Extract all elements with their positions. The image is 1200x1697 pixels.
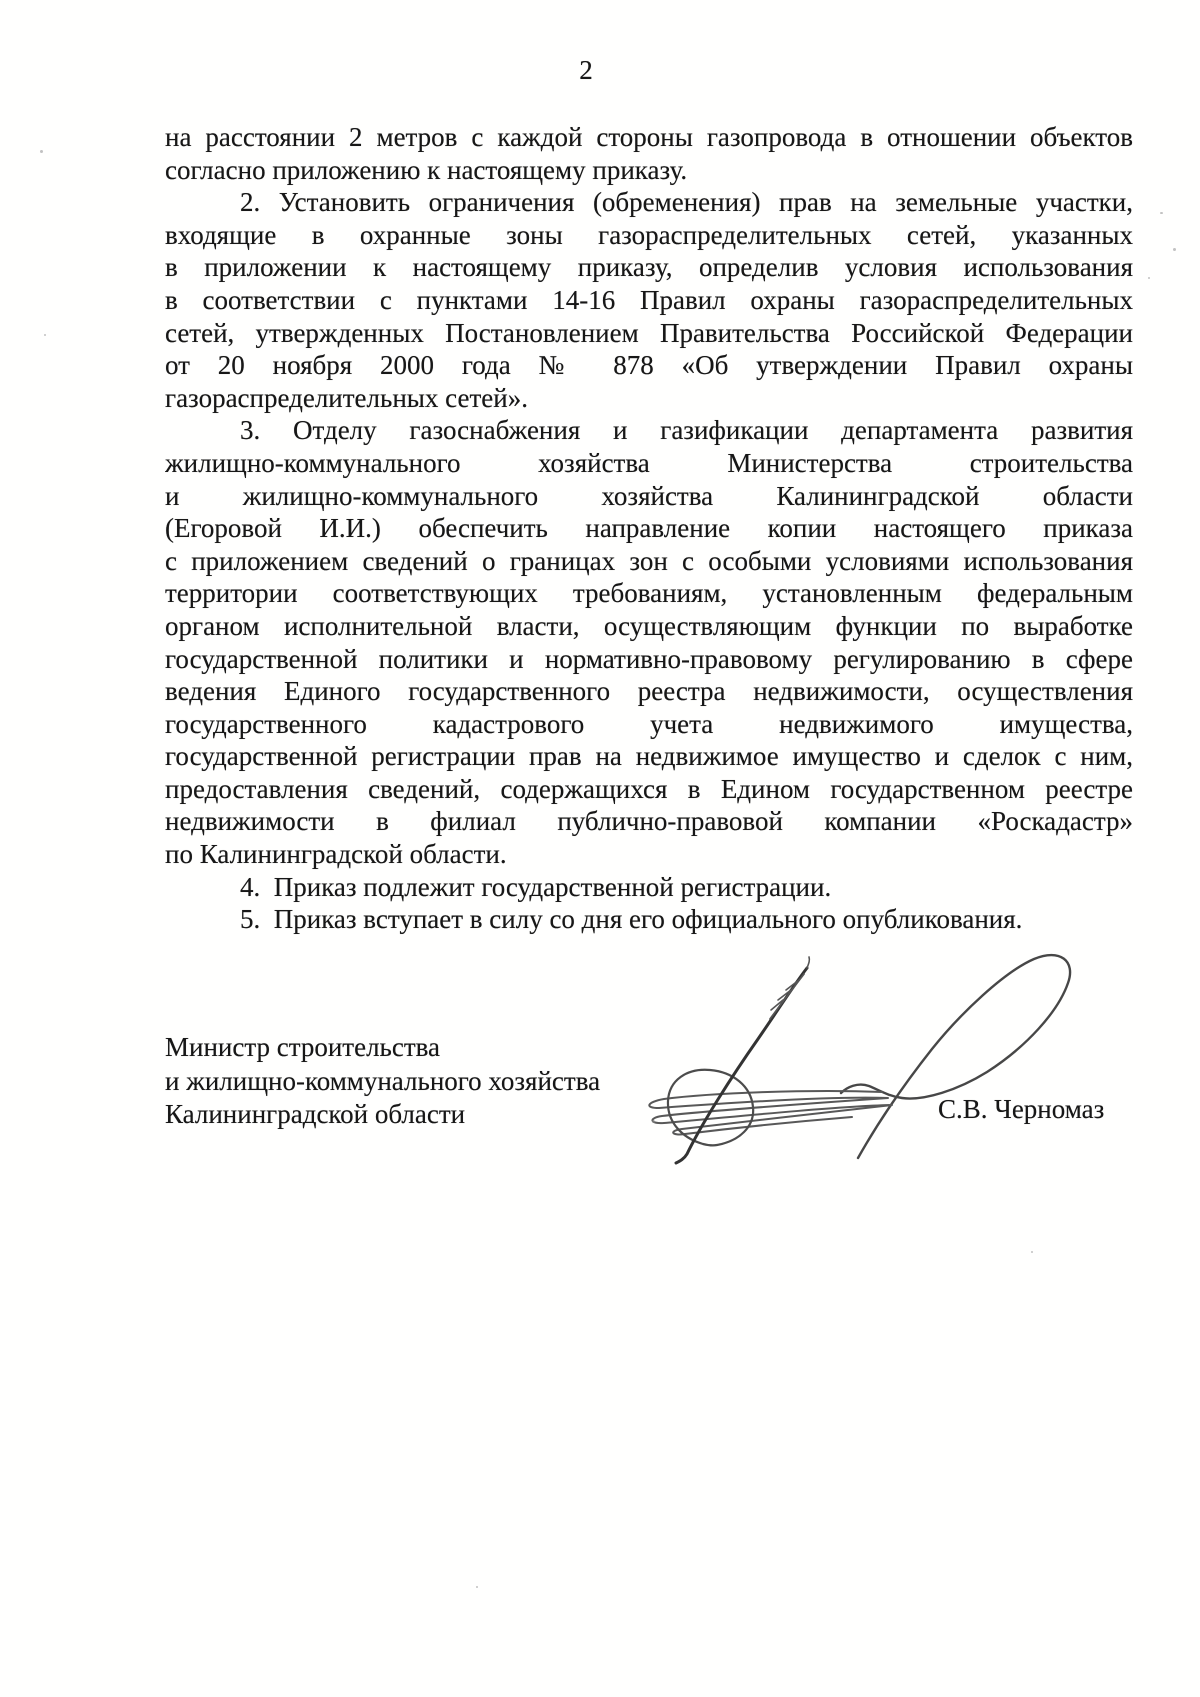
text-line: на расстоянии 2 метров с каждой стороны … [165,121,1133,154]
scan-artifact [1148,277,1150,279]
text-line: недвижимости в филиал публично-правовой … [165,805,1133,838]
text-line: и жилищно-коммунального хозяйства Калини… [165,480,1133,513]
page-number: 2 [0,55,1186,85]
text-line: 3. Отделу газоснабжения и газификации де… [165,414,1133,447]
text-line: в приложении к настоящему приказу, опред… [165,251,1133,284]
signature-stroke-scribble [649,1091,892,1134]
text-line: жилищно-коммунального хозяйства Министер… [165,447,1133,480]
text-line: по Калининградской области. [165,838,1133,871]
text-line: от 20 ноября 2000 года № 878 «Об утвержд… [165,349,1133,382]
text-line: ведения Единого государственного реестра… [165,675,1133,708]
text-line: (Егоровой И.И.) обеспечить направление к… [165,512,1133,545]
scanned-document-page: 2 на расстоянии 2 метров с каждой сторон… [0,0,1200,1697]
scan-artifact [652,1120,655,1123]
text-line: входящие в охранные зоны газораспределит… [165,219,1133,252]
text-line: территории соответствующих требованиям, … [165,577,1133,610]
scan-artifact [40,150,43,153]
text-line: согласно приложению к настоящему приказу… [165,154,1133,187]
handwritten-signature [590,930,1110,1180]
scan-artifact [1173,248,1176,251]
text-line: государственной регистрации прав на недв… [165,740,1133,773]
document-body: на расстоянии 2 метров с каждой стороны … [165,121,1133,936]
signature-stroke-hatch [771,957,809,1010]
text-line: газораспределительных сетей». [165,382,1133,415]
scan-artifact [476,1586,478,1588]
text-line: государственного кадастрового учета недв… [165,708,1133,741]
text-line: государственной политики и нормативно-пр… [165,643,1133,676]
signature-stroke-loop [841,955,1070,1158]
signer-name: С.В. Черномаз [938,1093,1104,1126]
text-line: органом исполнительной власти, осуществл… [165,610,1133,643]
text-line: предоставления сведений, содержащихся в … [165,773,1133,806]
text-line: в соответствии с пунктами 14-16 Правил о… [165,284,1133,317]
scan-artifact [1160,212,1163,214]
text-line: сетей, утвержденных Постановлением Прави… [165,317,1133,350]
scan-artifact [1031,1251,1033,1253]
text-line: 2. Установить ограничения (обременения) … [165,186,1133,219]
scan-artifact [44,334,46,336]
text-line: с приложением сведений о границах зон с … [165,545,1133,578]
text-line: 4. Приказ подлежит государственной регис… [165,871,1133,904]
